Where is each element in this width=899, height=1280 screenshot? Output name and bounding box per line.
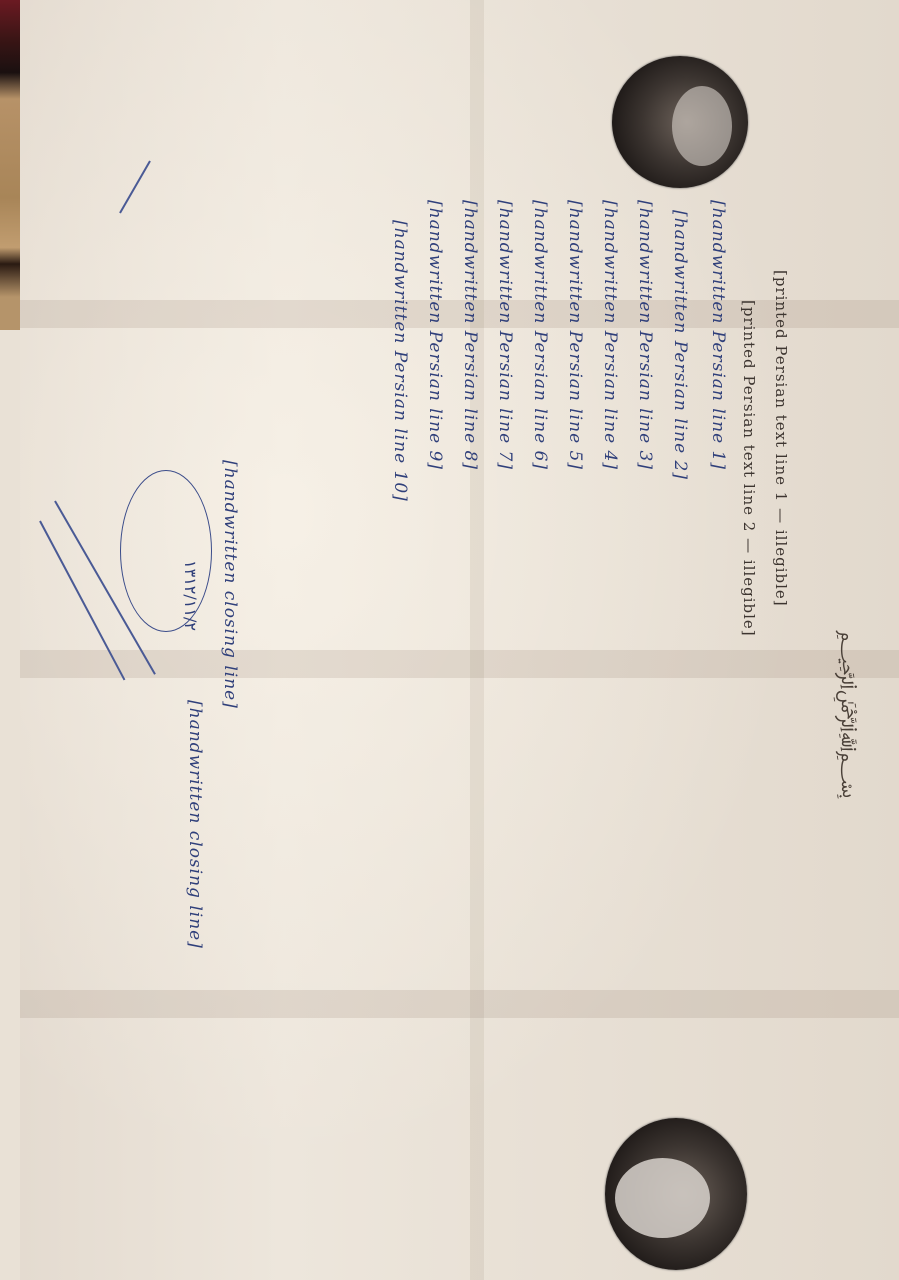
handwritten-line: [handwritten Persian line 6] bbox=[530, 200, 550, 470]
handwritten-line: [handwritten Persian line 7] bbox=[495, 200, 515, 470]
closing-line: [handwritten closing line] bbox=[185, 700, 205, 949]
handwritten-line: [handwritten Persian line 3] bbox=[635, 200, 655, 470]
background-carpet bbox=[0, 0, 22, 330]
portrait-photo-bottom bbox=[605, 1118, 747, 1270]
printed-line: [printed Persian text line 1 — illegible… bbox=[772, 270, 790, 607]
fold-crease bbox=[20, 650, 899, 678]
handwritten-line: [handwritten Persian line 8] bbox=[460, 200, 480, 470]
handwritten-line: [handwritten Persian line 10] bbox=[390, 220, 410, 502]
handwritten-line: [handwritten Persian line 5] bbox=[565, 200, 585, 470]
date-stamp: ۱۳۱۲/۱۱/۲ bbox=[181, 560, 200, 631]
printed-line: [printed Persian text line 2 — illegible… bbox=[740, 300, 758, 637]
fold-crease bbox=[470, 0, 484, 1280]
header-emblem-icon: ﷽ bbox=[828, 630, 868, 670]
handwritten-line: [handwritten Persian line 9] bbox=[425, 200, 445, 470]
handwritten-line: [handwritten Persian line 4] bbox=[600, 200, 620, 470]
closing-line: [handwritten closing line] bbox=[220, 460, 240, 709]
handwritten-line: [handwritten Persian line 1] bbox=[708, 200, 728, 470]
portrait-photo-top bbox=[612, 56, 748, 188]
fold-crease bbox=[20, 990, 899, 1018]
document-paper bbox=[20, 0, 899, 1280]
handwritten-line: [handwritten Persian line 2] bbox=[670, 210, 690, 480]
